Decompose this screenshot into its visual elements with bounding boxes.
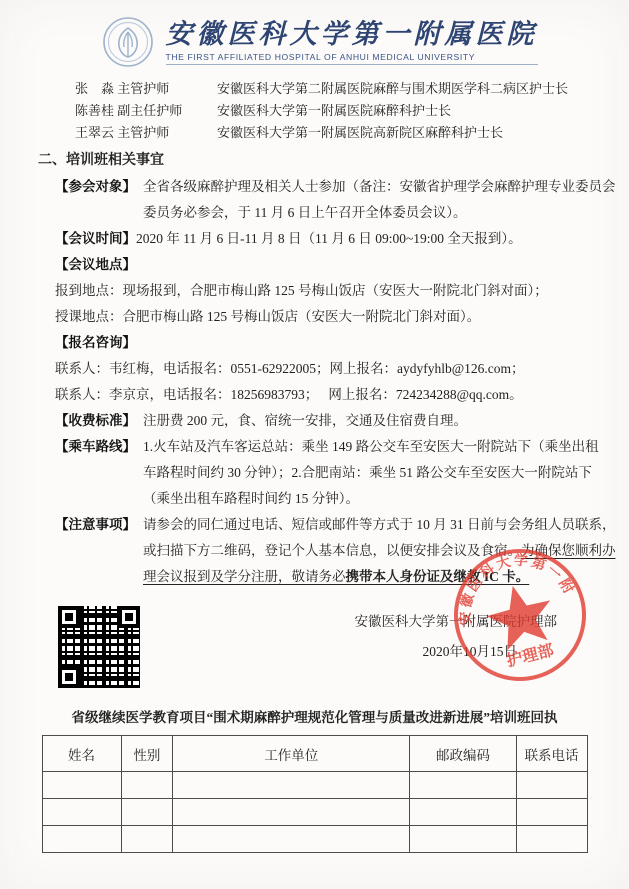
section-label: 【会议时间】 bbox=[55, 226, 136, 252]
expert-row: 陈善桂 副主任护师 安徽医科大学第一附属医院麻醉科护士长 bbox=[75, 100, 629, 122]
column-header: 邮政编码 bbox=[410, 736, 516, 772]
text-line: 车路程时间约 30 分钟）；2.合肥南站：乘坐 51 路公交车至安医大一附院站下 bbox=[143, 460, 607, 486]
receipt-header-row: 姓名 性别 工作单位 邮政编码 联系电话 bbox=[42, 736, 587, 772]
section-contact: 【报名咨询】 联系人：韦红梅，电话报名：0551-62922005；网上报名：a… bbox=[55, 330, 607, 408]
empty-cell bbox=[516, 799, 587, 826]
letterhead-titles: 安徽医科大学第一附属医院 THE FIRST AFFILIATED HOSPIT… bbox=[166, 20, 538, 65]
signature-block: 安徽医科大学第一附属医院护理部 2020年10月15日 安徽医科大学第一附属医院… bbox=[0, 602, 629, 704]
section-time: 【会议时间】 2020 年 11 月 6 日-11 月 8 日（11 月 6 日… bbox=[55, 226, 607, 252]
text-line: 授课地点：合肥市梅山路 125 号梅山饭店（安医大一附院北门斜对面）。 bbox=[55, 304, 607, 330]
expert-list: 张 淼 主管护师 安徽医科大学第二附属医院麻醉与围术期医学科二病区护士长 陈善桂… bbox=[75, 78, 629, 144]
empty-cell bbox=[410, 826, 516, 853]
section-content: 1.火车站及汽车客运总站：乘坐 149 路公交车至安医大一附院站下（乘坐出租 车… bbox=[143, 434, 607, 512]
section-attendees: 【参会对象】 全省各级麻醉护理及相关人士参加（备注：安徽省护理学会麻醉护理专业委… bbox=[55, 174, 607, 226]
agenda-heading: 二、培训班相关事宜 bbox=[38, 151, 629, 171]
section-label: 【报名咨询】 bbox=[55, 330, 607, 356]
section-label: 【乘车路线】 bbox=[55, 434, 136, 460]
section-content: 注册费 200 元，食、宿统一安排，交通及住宿费自理。 bbox=[143, 408, 607, 434]
column-header: 性别 bbox=[121, 736, 173, 772]
expert-row: 王翠云 主管护师 安徽医科大学第一附属医院高新院区麻醉科护士长 bbox=[75, 122, 629, 144]
receipt-title: 省级继续医学教育项目“围术期麻醉护理规范化管理与质量改进新进展”培训班回执 bbox=[0, 706, 629, 726]
receipt-empty-row bbox=[42, 799, 587, 826]
empty-cell bbox=[42, 799, 121, 826]
text-line: 请参会的同仁通过电话、短信或邮件等方式于 10 月 31 日前与会务组人员联系， bbox=[143, 512, 616, 538]
qr-finder-icon bbox=[58, 666, 80, 688]
expert-name: 陈善桂 副主任护师 bbox=[75, 100, 217, 122]
text-line: 报到地点：现场报到，合肥市梅山路 125 号梅山饭店（安医大一附院北门斜对面）； bbox=[55, 278, 607, 304]
hospital-name-en: THE FIRST AFFILIATED HOSPITAL OF ANHUI M… bbox=[166, 52, 538, 65]
qr-finder-icon bbox=[58, 606, 80, 628]
section-fee: 【收费标准】 注册费 200 元，食、宿统一安排，交通及住宿费自理。 bbox=[55, 408, 607, 434]
text-line: 联系人：李京京，电话报名：18256983793； 网上报名：724234288… bbox=[55, 382, 607, 408]
section-content: 全省各级麻醉护理及相关人士参加（备注：安徽省护理学会麻醉护理专业委员会 委员务必… bbox=[143, 174, 616, 226]
section-label: 【注意事项】 bbox=[55, 512, 136, 538]
empty-cell bbox=[516, 826, 587, 853]
scanned-notice-page: 安徽医科大学第一附属医院 THE FIRST AFFILIATED HOSPIT… bbox=[0, 0, 629, 889]
receipt-empty-row bbox=[42, 826, 587, 853]
section-label: 【参会对象】 bbox=[55, 174, 136, 200]
section-content: 2020 年 11 月 6 日-11 月 8 日（11 月 6 日 09:00~… bbox=[136, 226, 607, 252]
text-line: 1.火车站及汽车客运总站：乘坐 149 路公交车至安医大一附院站下（乘坐出租 bbox=[143, 434, 607, 460]
letterhead: 安徽医科大学第一附属医院 THE FIRST AFFILIATED HOSPIT… bbox=[10, 0, 629, 68]
column-header: 工作单位 bbox=[173, 736, 410, 772]
text-line: （乘坐出租车路程时间约 15 分钟）。 bbox=[143, 486, 607, 512]
empty-cell bbox=[121, 799, 173, 826]
text-line: 全省各级麻醉护理及相关人士参加（备注：安徽省护理学会麻醉护理专业委员会 bbox=[143, 174, 616, 200]
column-header: 姓名 bbox=[42, 736, 121, 772]
expert-row: 张 淼 主管护师 安徽医科大学第二附属医院麻醉与围术期医学科二病区护士长 bbox=[75, 78, 629, 100]
empty-cell bbox=[173, 772, 410, 799]
empty-cell bbox=[42, 772, 121, 799]
text-line: 联系人：韦红梅，电话报名：0551-62922005；网上报名：aydyfyhl… bbox=[55, 356, 607, 382]
receipt-empty-row bbox=[42, 772, 587, 799]
empty-cell bbox=[121, 772, 173, 799]
empty-cell bbox=[410, 772, 516, 799]
empty-cell bbox=[173, 799, 410, 826]
expert-affiliation: 安徽医科大学第一附属医院麻醉科护士长 bbox=[217, 100, 451, 122]
underlined-text: 理会议报到及学分注册，敬请务必 bbox=[143, 569, 346, 584]
text-line: 委员务必参会，于 11 月 6 日上午召开全体委员会议）。 bbox=[143, 200, 616, 226]
expert-name: 王翠云 主管护师 bbox=[75, 122, 217, 144]
section-label: 【收费标准】 bbox=[55, 408, 136, 434]
empty-cell bbox=[173, 826, 410, 853]
empty-cell bbox=[121, 826, 173, 853]
notice-sections: 【参会对象】 全省各级麻醉护理及相关人士参加（备注：安徽省护理学会麻醉护理专业委… bbox=[55, 174, 607, 590]
text-segment: 请参会的同仁通过电话、短信或邮件等方式于 10 月 31 日前与会务组人员联系， bbox=[143, 517, 616, 532]
qr-code bbox=[58, 606, 140, 688]
hospital-name-cn: 安徽医科大学第一附属医院 bbox=[166, 20, 538, 50]
hospital-emblem-icon bbox=[102, 16, 154, 68]
section-venue: 【会议地点】 报到地点：现场报到，合肥市梅山路 125 号梅山饭店（安医大一附院… bbox=[55, 252, 607, 330]
empty-cell bbox=[410, 799, 516, 826]
section-label: 【会议地点】 bbox=[55, 252, 607, 278]
section-route: 【乘车路线】 1.火车站及汽车客运总站：乘坐 149 路公交车至安医大一附院站下… bbox=[55, 434, 607, 512]
empty-cell bbox=[42, 826, 121, 853]
expert-name: 张 淼 主管护师 bbox=[75, 78, 217, 100]
expert-affiliation: 安徽医科大学第二附属医院麻醉与围术期医学科二病区护士长 bbox=[217, 78, 568, 100]
empty-cell bbox=[516, 772, 587, 799]
qr-finder-icon bbox=[118, 606, 140, 628]
expert-affiliation: 安徽医科大学第一附属医院高新院区麻醉科护士长 bbox=[217, 122, 503, 144]
column-header: 联系电话 bbox=[516, 736, 587, 772]
stamp-star-icon bbox=[481, 578, 559, 653]
receipt-table: 姓名 性别 工作单位 邮政编码 联系电话 bbox=[42, 735, 588, 853]
